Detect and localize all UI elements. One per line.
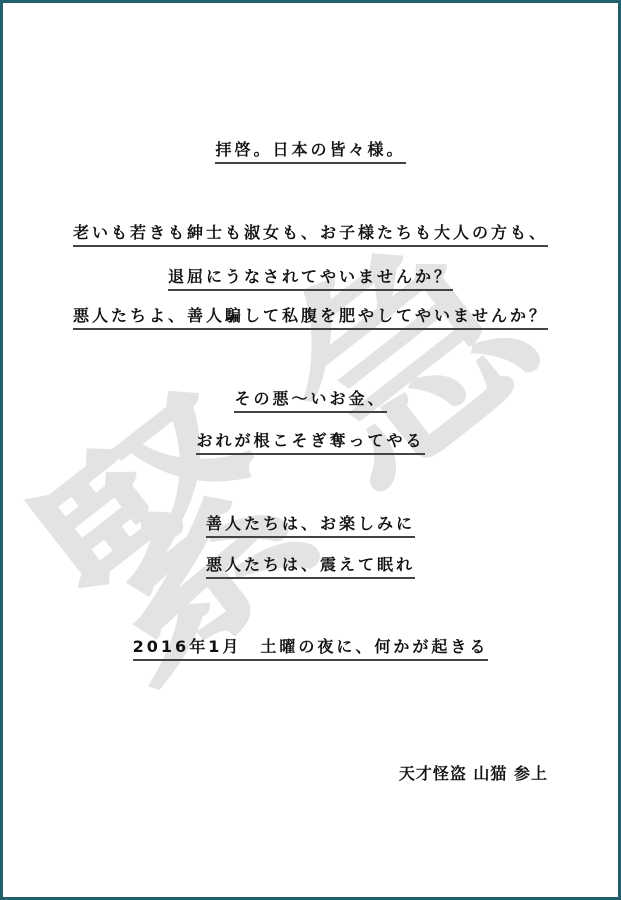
stanza1-text-2: 退屈にうなされてやいませんか？ [168,267,453,291]
announcement-line: 2016年1月 土曜の夜に、何かが起きる [3,637,618,661]
greeting-line: 拝啓。日本の皆々様。 [3,140,618,164]
stanza2-text-1: その悪～いお金、 [234,389,386,413]
stanza3-text-2: 悪人たちは、震えて眠れ [206,555,415,579]
stanza1-line-2: 退屈にうなされてやいませんか？ [3,267,618,291]
signature: 天才怪盗 山猫 参上 [399,761,548,784]
stanza3-line-2: 悪人たちは、震えて眠れ [3,555,618,579]
stanza3-text-1: 善人たちは、お楽しみに [206,514,415,538]
greeting-text: 拝啓。日本の皆々様。 [215,140,405,164]
announcement-text: 2016年1月 土曜の夜に、何かが起きる [133,637,489,661]
stanza2-line-2: おれが根こそぎ奪ってやる [3,431,618,455]
stanza1-line-1: 老いも若きも紳士も淑女も、お子様たちも大人の方も、 [3,223,618,247]
stanza1-text-1: 老いも若きも紳士も淑女も、お子様たちも大人の方も、 [73,223,548,247]
stanza3-line-1: 善人たちは、お楽しみに [3,514,618,538]
stanza1-line-3: 悪人たちよ、善人騙して私腹を肥やしてやいませんか？ [3,306,618,330]
stanza2-line-1: その悪～いお金、 [3,389,618,413]
notice-page: 緊 急 拝啓。日本の皆々様。 老いも若きも紳士も淑女も、お子様たちも大人の方も、… [0,0,621,900]
stanza1-text-3: 悪人たちよ、善人騙して私腹を肥やしてやいませんか？ [73,306,548,330]
stanza2-text-2: おれが根こそぎ奪ってやる [196,431,424,455]
